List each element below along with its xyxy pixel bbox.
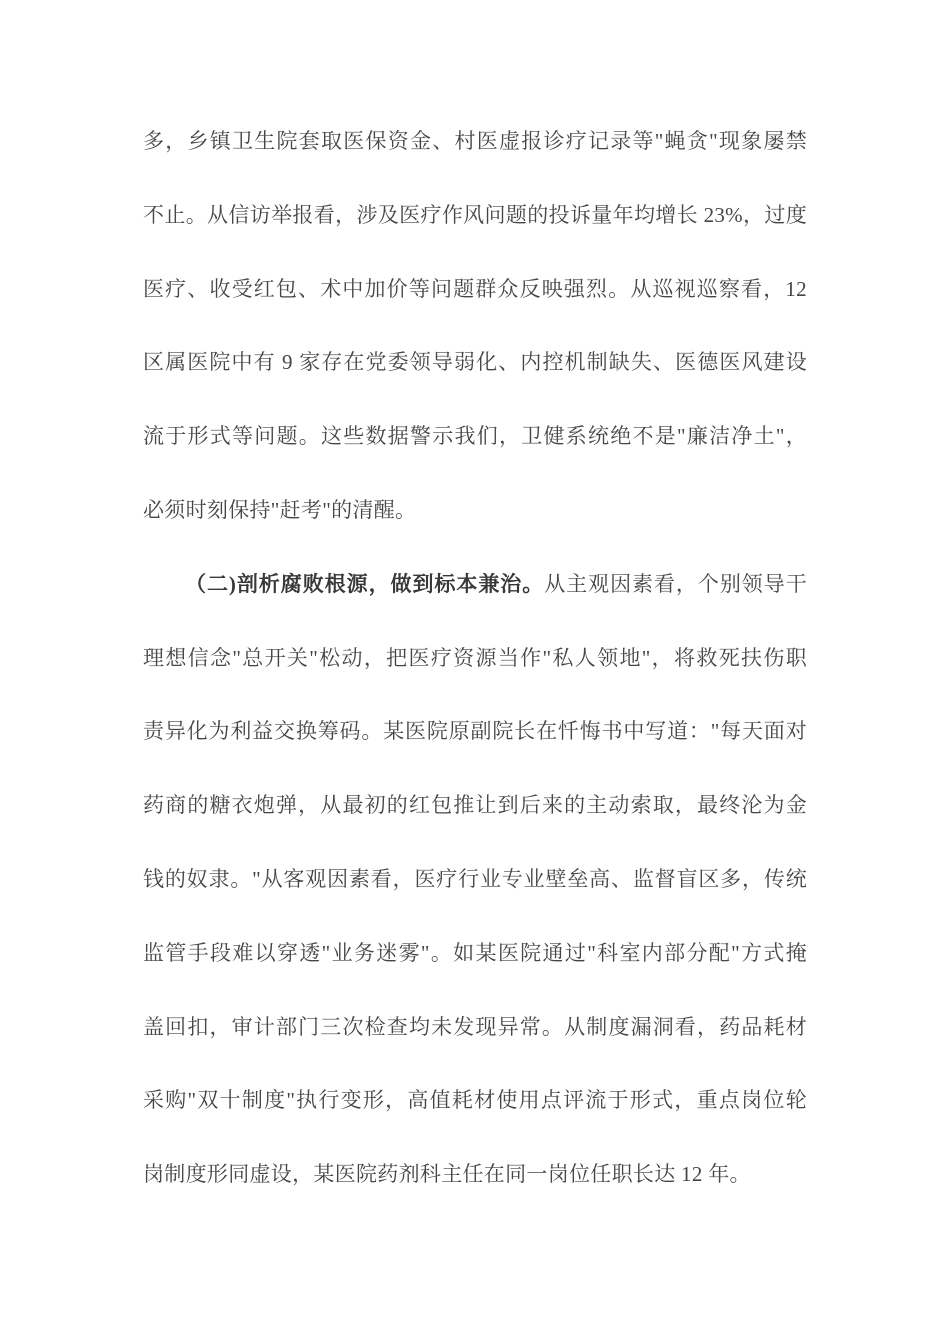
text-line-13: 盖回扣，审计部门三次检查均未发现异常。从制度漏洞看，药品耗材 <box>143 991 807 1065</box>
text-line-6: 必须时刻保持"赶考"的清醒。 <box>143 474 807 548</box>
document-page: { "document": { "page_bg": "#ffffff", "t… <box>0 0 950 1344</box>
text-line-12: 监管手段难以穿透"业务迷雾"。如某医院通过"科室内部分配"方式掩 <box>143 917 807 991</box>
text-line-11: 钱的奴隶。"从客观因素看，医疗行业专业壁垒高、监督盲区多，传统 <box>143 843 807 917</box>
text-line-4: 区属医院中有 9 家存在党委领导弱化、内控机制缺失、医德医风建设 <box>143 326 807 400</box>
text-line-7: （二)剖析腐败根源，做到标本兼治。从主观因素看，个别领导干部 <box>143 548 807 622</box>
text-line-2: 不止。从信访举报看，涉及医疗作风问题的投诉量年均增长 23%，过度 <box>143 179 807 253</box>
text-line-9: 责异化为利益交换筹码。某医院原副院长在忏悔书中写道："每天面对 <box>143 695 807 769</box>
text-line-14: 采购"双十制度"执行变形，高值耗材使用点评流于形式，重点岗位轮 <box>143 1064 807 1138</box>
text-line-15: 岗制度形同虚设，某医院药剂科主任在同一岗位任职长达 12 年。 <box>143 1138 807 1212</box>
text-line-8: 理想信念"总开关"松动，把医疗资源当作"私人领地"，将救死扶伤职 <box>143 622 807 696</box>
text-line-3: 医疗、收受红包、术中加价等问题群众反映强烈。从巡视巡察看，12 家 <box>143 253 807 327</box>
section-heading: （二)剖析腐败根源，做到标本兼治。 <box>185 572 544 596</box>
document-body: 多，乡镇卫生院套取医保资金、村医虚报诊疗记录等"蝇贪"现象屡禁 不止。从信访举报… <box>143 105 807 1212</box>
text-line-10: 药商的糖衣炮弹，从最初的红包推让到后来的主动索取，最终沦为金 <box>143 769 807 843</box>
text-line-1: 多，乡镇卫生院套取医保资金、村医虚报诊疗记录等"蝇贪"现象屡禁 <box>143 105 807 179</box>
text-line-5: 流于形式等问题。这些数据警示我们，卫健系统绝不是"廉洁净土"， <box>143 400 807 474</box>
